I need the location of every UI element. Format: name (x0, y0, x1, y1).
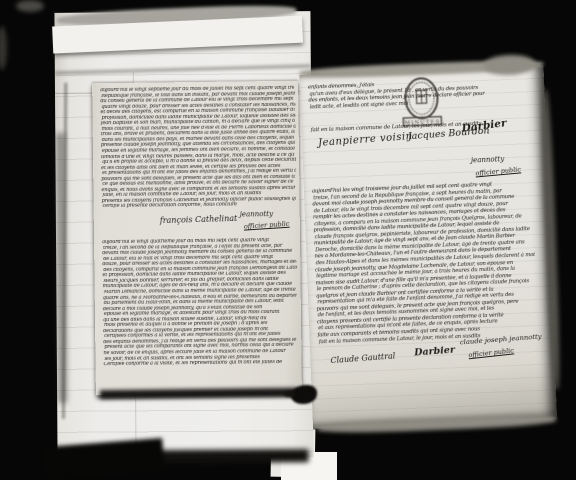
signature: officier public (475, 165, 521, 177)
microfilm-scan: aujourd'hui le vingt septième jour du mo… (0, 0, 576, 480)
deckle-bottom-edge (317, 413, 556, 434)
ragged-corner (42, 438, 164, 480)
signature: officier public (468, 346, 514, 359)
signature: officier public (244, 220, 290, 231)
signature: Claude Gauttral (330, 351, 395, 365)
left-act-sheet: aujourd'hui le vingt septième jour du mo… (92, 81, 302, 395)
ragged-right-edge (540, 89, 562, 389)
signature: jeannotty (471, 155, 505, 164)
act-text-block: aujourd'hui le vingt septième jour du mo… (100, 86, 295, 210)
handwriting-line: Certifiée conforme à la visite, et les r… (104, 360, 298, 368)
signature-row: françois Cathelinat jeannotty officier p… (102, 208, 296, 240)
film-artifact (16, 0, 44, 12)
film-artifact (0, 26, 7, 70)
signature: françois Cathelinat (160, 214, 238, 225)
act-text-block: enfants dénommés, j'étaisqu'un aveu d'eu… (308, 76, 537, 111)
torn-corner (483, 54, 536, 76)
binding-smudge (56, 133, 67, 403)
signature: jeannotty (240, 210, 273, 218)
act-text-block: aujourd'hui les vingt troisième jour du … (312, 180, 546, 346)
ink-blot (284, 391, 296, 397)
register-right-page: MINUTES enfants dénommés, j'étaisqu'un a… (300, 66, 557, 429)
signature: Darbier (414, 345, 455, 359)
fold-crease (55, 64, 311, 74)
act-text-block: aujourd'hui le vingt quatrième jour du m… (102, 238, 298, 368)
signature: Jeanpierre voisin (318, 131, 413, 149)
